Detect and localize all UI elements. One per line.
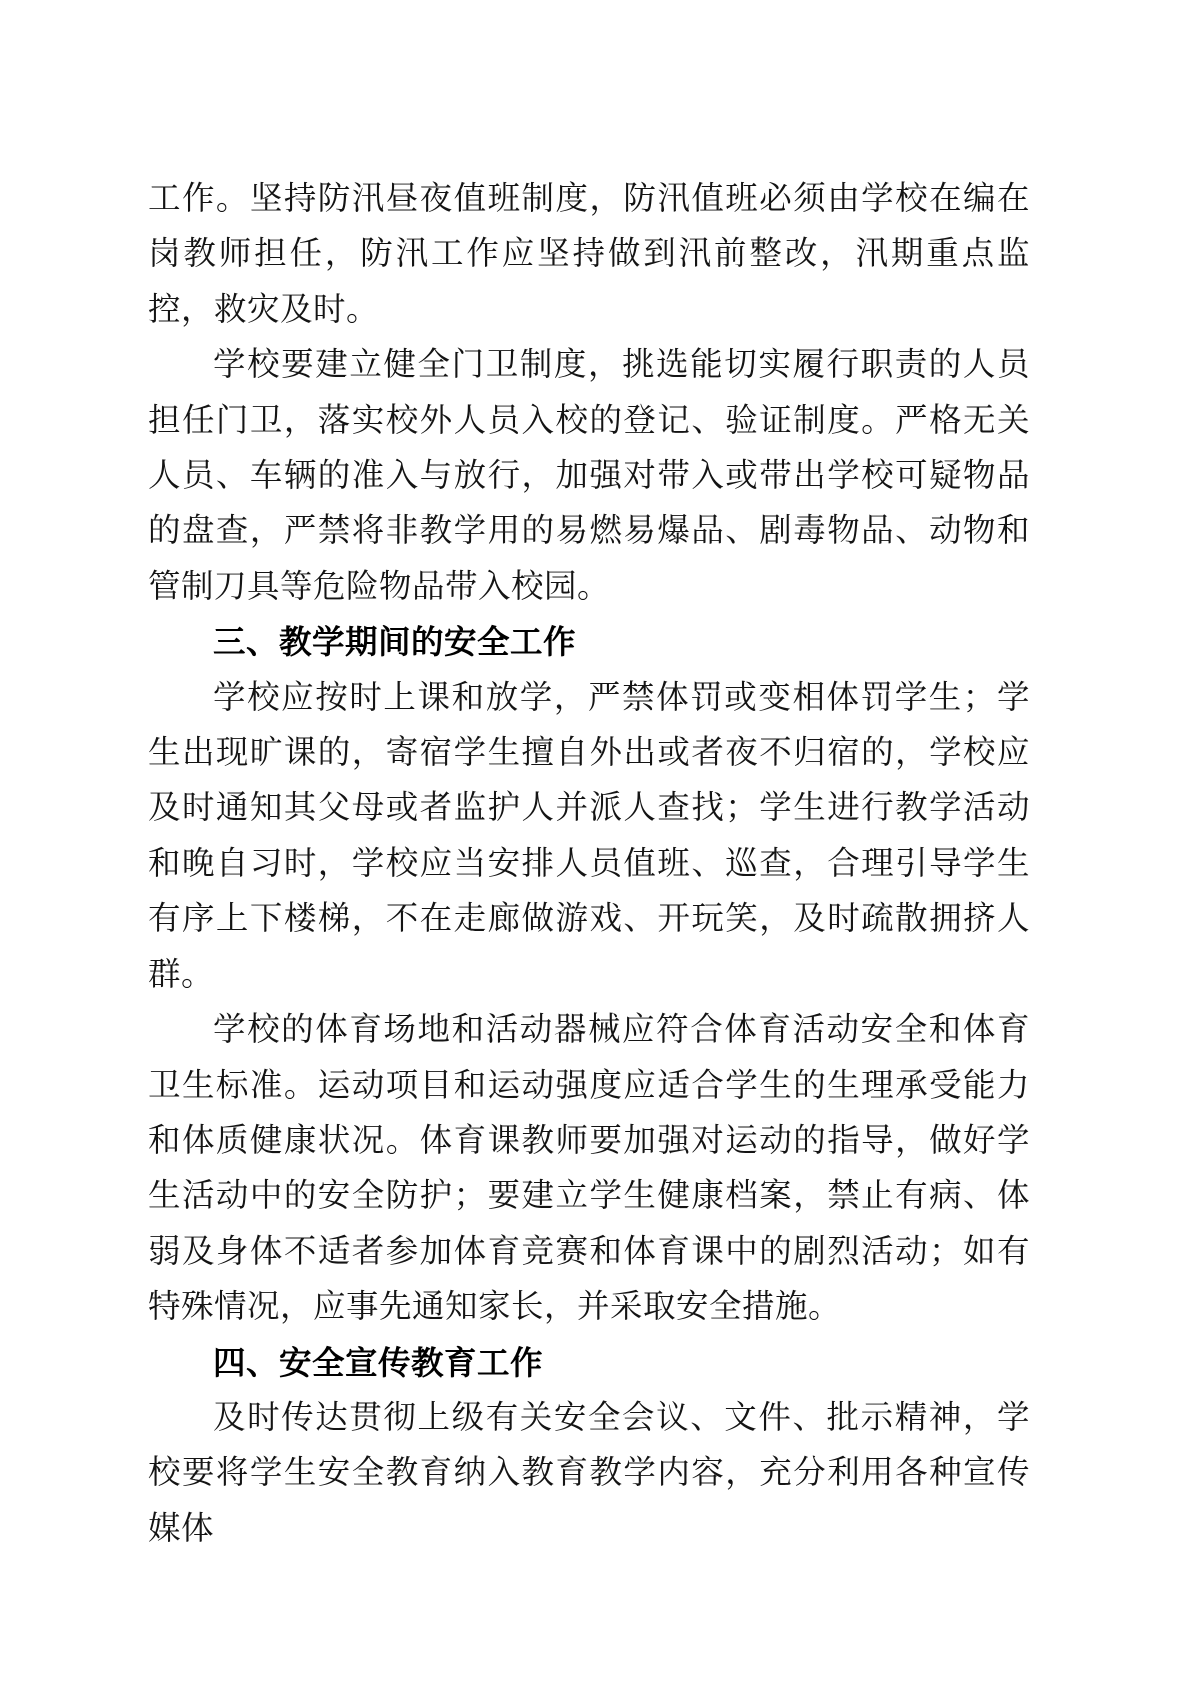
section-heading-teaching-period-safety: 三、教学期间的安全工作 <box>148 615 1030 670</box>
paragraph-sports-facility-safety: 学校的体育场地和活动器械应符合体育活动安全和体育卫生标准。运动项目和运动强度应适… <box>148 1003 1030 1335</box>
document-page: 工作。坚持防汛昼夜值班制度，防汛值班必须由学校在编在岗教师担任，防汛工作应坚持做… <box>0 0 1190 1683</box>
section-heading-safety-publicity-education: 四、安全宣传教育工作 <box>148 1336 1030 1391</box>
document-body: 工作。坚持防汛昼夜值班制度，防汛值班必须由学校在编在岗教师担任，防汛工作应坚持做… <box>148 172 1030 1557</box>
paragraph-gate-guard-system: 学校要建立健全门卫制度，挑选能切实履行职责的人员担任门卫，落实校外人员入校的登记… <box>148 338 1030 615</box>
paragraph-continued: 工作。坚持防汛昼夜值班制度，防汛值班必须由学校在编在岗教师担任，防汛工作应坚持做… <box>148 172 1030 338</box>
paragraph-class-schedule-safety: 学校应按时上课和放学，严禁体罚或变相体罚学生；学生出现旷课的，寄宿学生擅自外出或… <box>148 671 1030 1003</box>
paragraph-safety-education-content: 及时传达贯彻上级有关安全会议、文件、批示精神，学校要将学生安全教育纳入教育教学内… <box>148 1391 1030 1557</box>
